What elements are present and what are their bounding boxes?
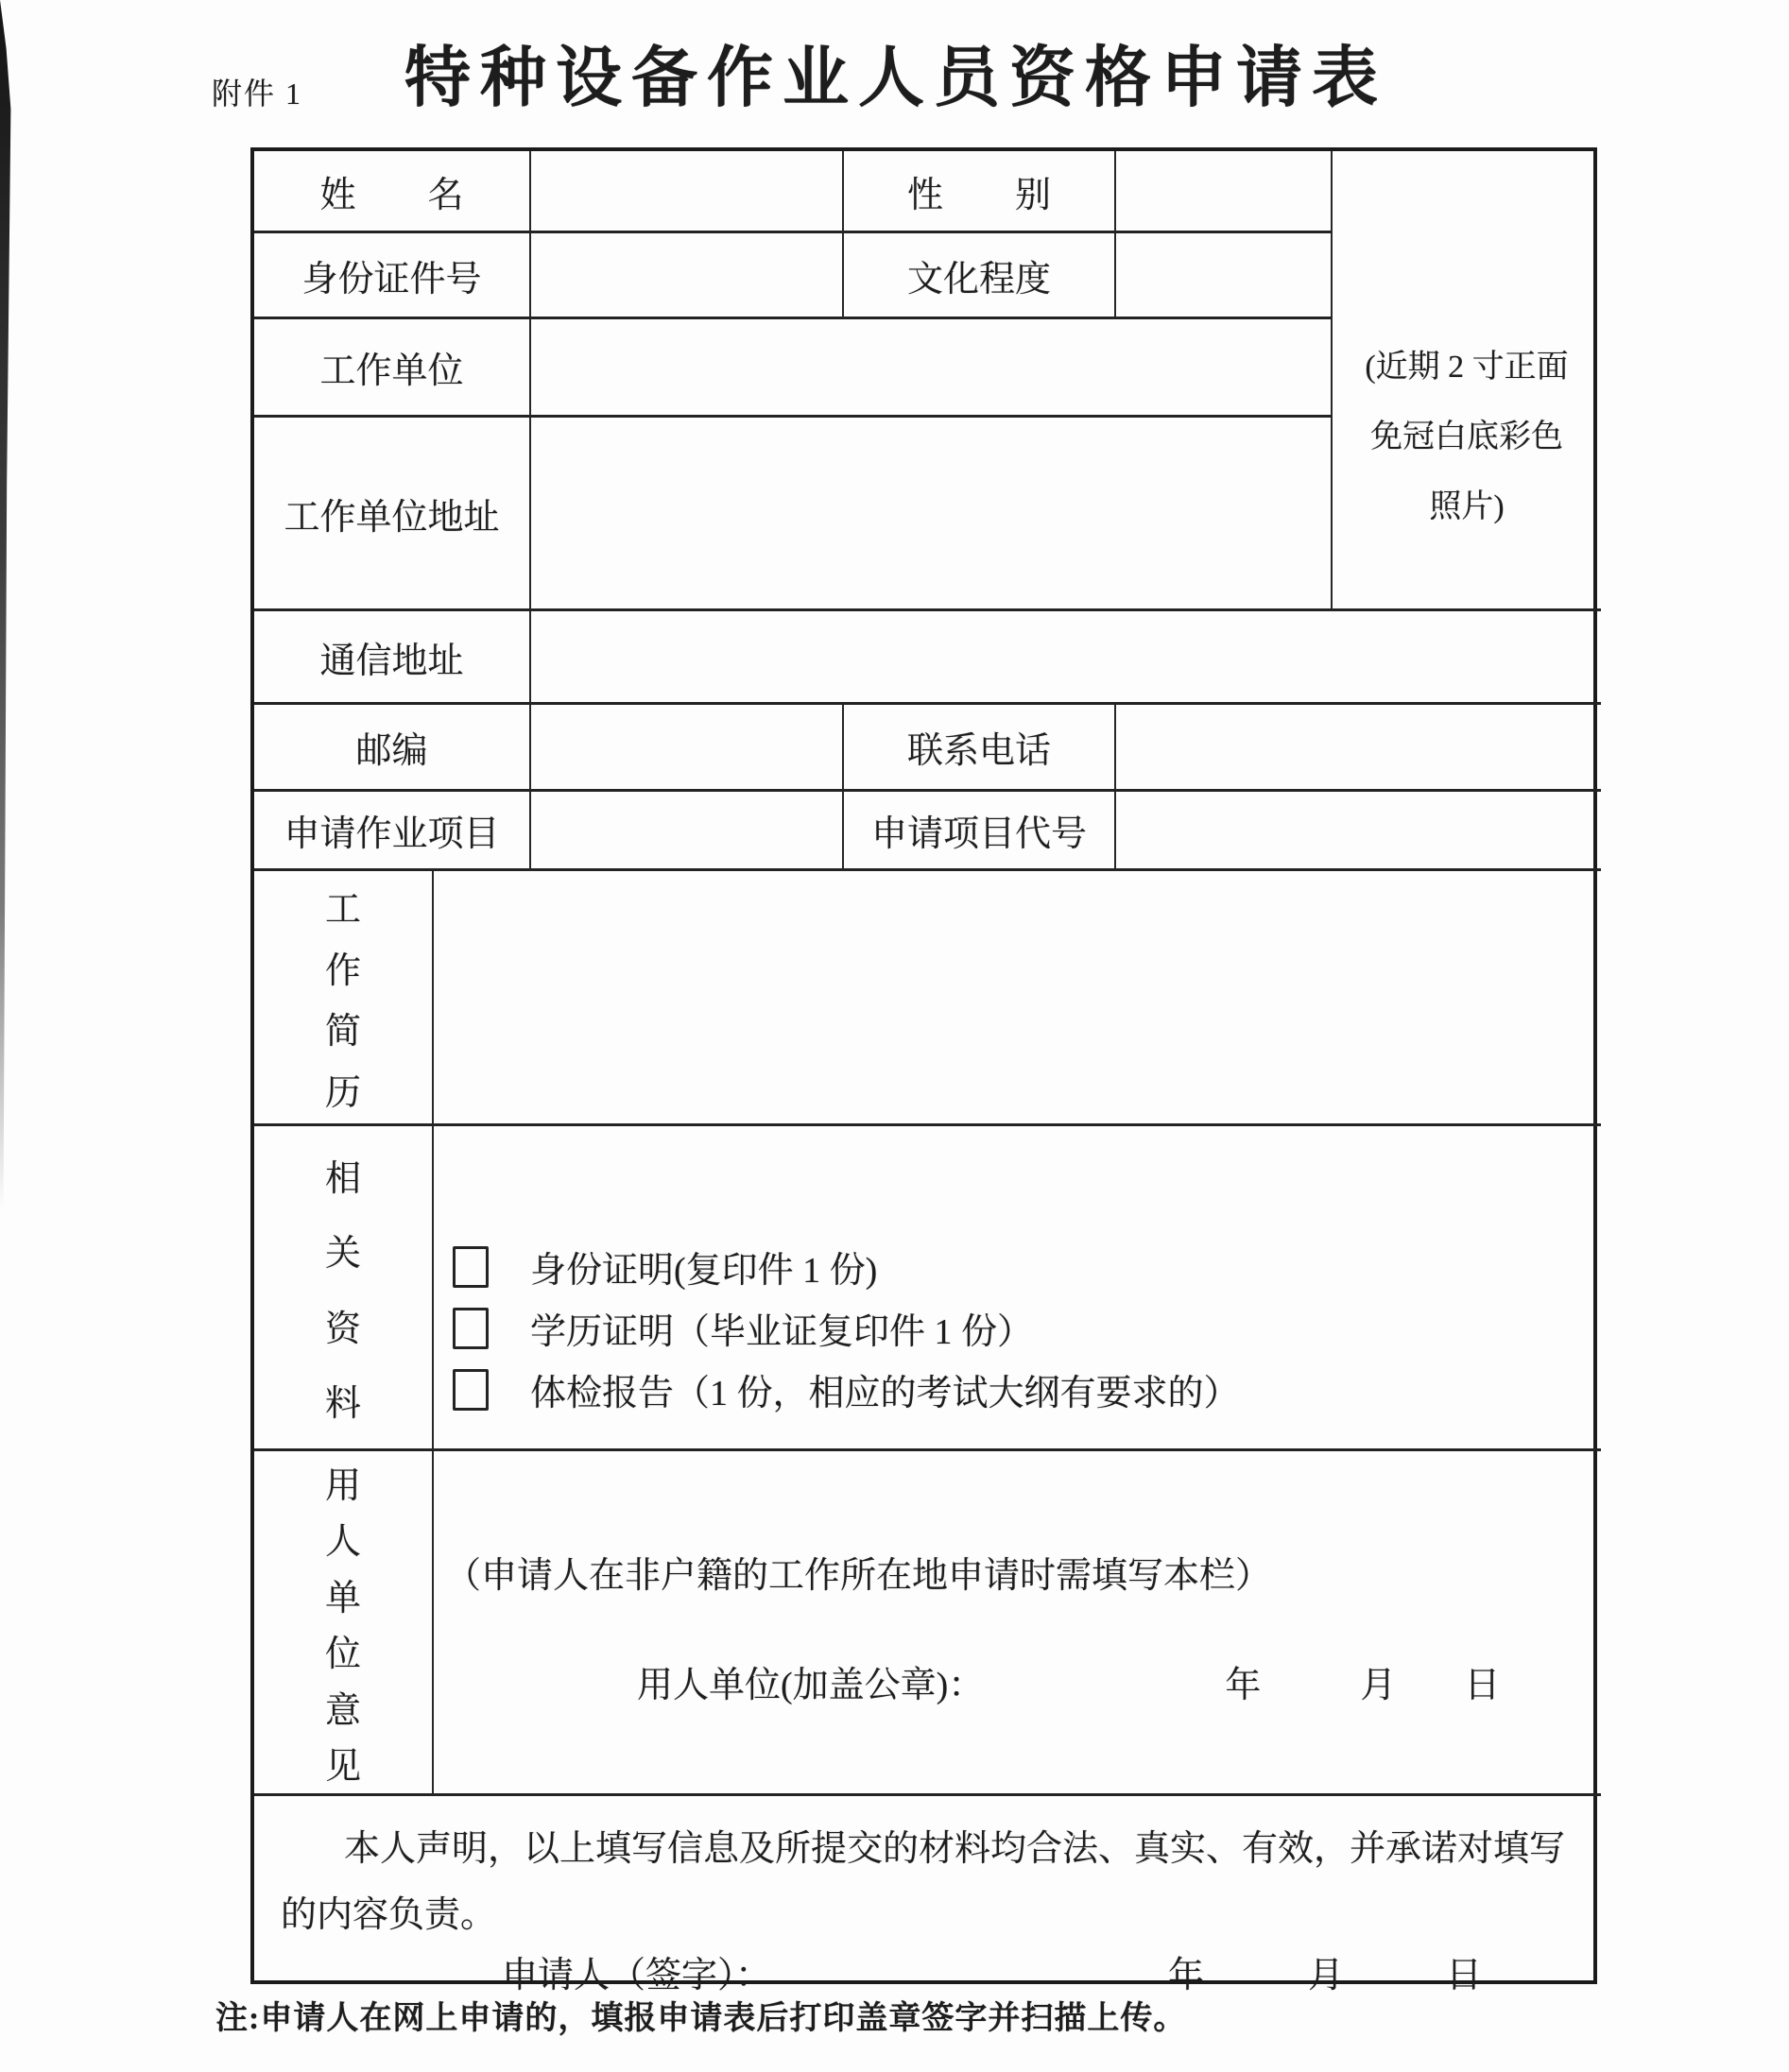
material-item-medical-report: 体检报告（1 份，相应的考试大纲有要求的） (453, 1359, 1240, 1420)
materials-content-area: 身份证明(复印件 1 份) 学历证明（毕业证复印件 1 份） 体检报告（1 份，… (434, 1126, 1601, 1451)
page-title: 特种设备作业人员资格申请表 (404, 25, 1387, 120)
field-label-gender: 性 别 (844, 151, 1116, 233)
day-label: 日 (1446, 1956, 1482, 1995)
declaration-section: 本人声明，以上填写信息及所提交的材料均合法、真实、有效，并承诺对填写 的内容负责… (254, 1796, 1601, 1988)
field-label-mailing-address: 通信地址 (254, 611, 531, 705)
material-item-label: 学历证明（毕业证复印件 1 份） (530, 1302, 1033, 1354)
year-label: 年 (1225, 1666, 1261, 1705)
field-label-postcode: 邮编 (254, 705, 531, 792)
photo-box: (近期 2 寸正面 免冠白底彩色 照片) (1333, 151, 1601, 611)
employer-seal-label: 用人单位(加盖公章)： (637, 1666, 984, 1705)
section-label-materials: 相关资料 (254, 1126, 434, 1451)
field-value-job-project (531, 792, 844, 871)
material-item-id-proof: 身份证明(复印件 1 份) (453, 1236, 877, 1297)
section-label-employer-opinion: 用人单位意见 (254, 1451, 434, 1796)
attachment-label: 附件 1 (212, 70, 302, 113)
field-value-education (1116, 233, 1333, 319)
field-label-phone: 联系电话 (844, 705, 1116, 792)
employer-seal-line: 用人单位(加盖公章)：年月日 (637, 1655, 1500, 1707)
checkbox-icon (453, 1246, 489, 1288)
scanned-application-form-page: 附件 1 特种设备作业人员资格申请表 姓 名 性 别 (近期 2 寸正面 免冠白… (0, 0, 1789, 2072)
field-value-phone (1116, 705, 1601, 792)
work-history-content-area (434, 871, 1601, 1126)
field-label-education: 文化程度 (844, 233, 1116, 319)
field-label-project-code: 申请项目代号 (844, 792, 1116, 871)
employer-opinion-note: （申请人在非户籍的工作所在地申请时需填写本栏） (445, 1546, 1271, 1598)
field-value-gender (1116, 151, 1333, 233)
applicant-signature-label: 申请人（签字）： (502, 1956, 771, 1995)
photo-note-line1: (近期 2 寸正面 (1365, 333, 1568, 402)
field-value-mailing-address (531, 611, 1601, 705)
day-label: 日 (1464, 1666, 1500, 1705)
year-label: 年 (1168, 1956, 1204, 1995)
month-label: 月 (1308, 1956, 1344, 1995)
application-form-table: 姓 名 性 别 (近期 2 寸正面 免冠白底彩色 照片) 身份证件号 文化程度 … (250, 147, 1597, 1984)
footnote: 注:申请人在网上申请的，填报申请表后打印盖章签字并扫描上传。 (215, 1992, 1186, 2038)
field-label-employer-address: 工作单位地址 (254, 418, 531, 611)
materials-vertical-label: 相关资料 (254, 1126, 432, 1448)
material-item-education-proof: 学历证明（毕业证复印件 1 份） (453, 1297, 1033, 1359)
work-history-vertical-label: 工作简历 (254, 871, 432, 1123)
checkbox-icon (453, 1369, 489, 1411)
field-value-project-code (1116, 792, 1601, 871)
scan-artifact-streak (0, 0, 11, 1209)
field-label-employer: 工作单位 (254, 319, 531, 418)
checkbox-icon (453, 1308, 489, 1349)
photo-note-line2: 免冠白底彩色 (1370, 402, 1563, 472)
declaration-text-line1: 本人声明，以上填写信息及所提交的材料均合法、真实、有效，并承诺对填写 (344, 1819, 1565, 1871)
field-label-job-project: 申请作业项目 (254, 792, 531, 871)
section-label-work-history: 工作简历 (254, 871, 434, 1126)
applicant-signature-line: 申请人（签字）：年月日 (502, 1945, 1482, 1997)
material-item-label: 身份证明(复印件 1 份) (530, 1241, 877, 1293)
photo-note-line3: 照片) (1429, 472, 1504, 542)
field-value-postcode (531, 705, 844, 792)
field-label-id-number: 身份证件号 (254, 233, 531, 319)
field-value-name (531, 151, 844, 233)
month-label: 月 (1360, 1666, 1396, 1705)
field-value-employer-address (531, 418, 1333, 611)
material-item-label: 体检报告（1 份，相应的考试大纲有要求的） (530, 1363, 1240, 1415)
declaration-text-line2: 的内容负责。 (281, 1885, 496, 1937)
field-value-employer (531, 319, 1333, 418)
employer-opinion-vertical-label: 用人单位意见 (254, 1451, 432, 1793)
field-value-id-number (531, 233, 844, 319)
employer-opinion-content-area: （申请人在非户籍的工作所在地申请时需填写本栏） 用人单位(加盖公章)：年月日 (434, 1451, 1601, 1796)
field-label-name: 姓 名 (254, 151, 531, 233)
